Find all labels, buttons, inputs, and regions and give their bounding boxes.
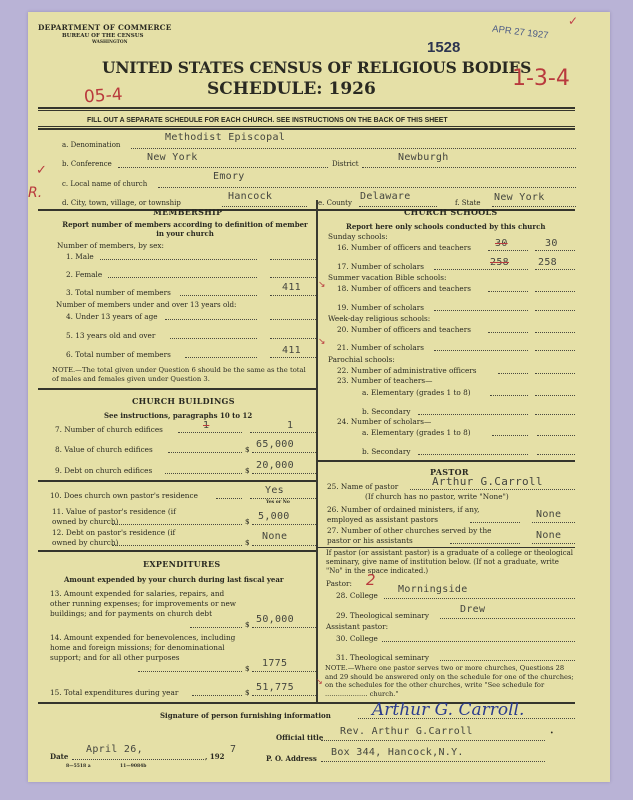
q23b-label: b. Secondary: [362, 407, 410, 416]
parochial-schools-label: Parochial schools:: [328, 355, 395, 364]
field-line: [252, 627, 316, 628]
q15-field[interactable]: 51,775: [256, 682, 294, 693]
field-line: [270, 295, 316, 296]
q22-label: 22. Number of administrative officers: [337, 366, 477, 375]
field-line: [535, 332, 575, 333]
field-line: [535, 250, 575, 251]
field-line: [535, 414, 575, 415]
field-line: [532, 543, 575, 544]
field-line: [492, 435, 528, 436]
q17-struck-value: 258: [490, 257, 509, 268]
county-field[interactable]: Delaware: [360, 191, 411, 202]
field-line: [252, 695, 316, 696]
q7-field[interactable]: 1: [287, 420, 293, 431]
divider: [38, 107, 575, 109]
field-line: [532, 522, 575, 523]
conference-field[interactable]: New York: [147, 152, 198, 163]
expenditures-title: EXPENDITURES: [143, 559, 220, 569]
q29-field[interactable]: Drew: [460, 604, 485, 615]
q25-label: 25. Name of pastor: [327, 482, 398, 491]
local-name-label: c. Local name of church: [62, 180, 147, 188]
assistant-pastor-label: Assistant pastor:: [326, 622, 388, 631]
bureau-label: BUREAU OF THE CENSUS: [62, 33, 144, 39]
field-line: [440, 660, 575, 661]
year-prefix: , 192: [205, 752, 225, 761]
field-line: [450, 543, 520, 544]
check-mark-icon: ✓: [568, 14, 578, 28]
q2-label: 2. Female: [66, 270, 102, 279]
official-title-field[interactable]: Rev. Arthur G.Carroll: [340, 726, 473, 737]
expenditures-subtitle: Amount expended by your church during la…: [64, 575, 284, 584]
field-line: [490, 395, 528, 396]
field-line: [118, 167, 328, 168]
arrow-mark-icon: ↘: [318, 280, 326, 290]
page-title: UNITED STATES CENSUS OF RELIGIOUS BODIES: [102, 58, 531, 77]
q3-label: 3. Total number of members: [66, 288, 171, 297]
pastor-sublabel: Pastor:: [326, 579, 352, 588]
field-line: [535, 310, 575, 311]
church-buildings-title: CHURCH BUILDINGS: [132, 396, 235, 406]
field-line: [382, 641, 575, 642]
divider: [38, 110, 575, 111]
q9-label: 9. Debt on church edifices: [55, 466, 152, 475]
field-line: [165, 319, 257, 320]
q11-currency: $: [245, 517, 250, 526]
form-code-1: 8—5518 a: [66, 764, 91, 769]
field-line: [270, 338, 316, 339]
q24-label: 24. Number of scholars—: [337, 417, 431, 426]
field-line: [535, 269, 575, 270]
city-town-label: d. City, town, village, or township: [62, 199, 181, 207]
field-line: [112, 524, 242, 525]
field-line: [270, 259, 316, 260]
field-line: [100, 259, 257, 260]
q20-label: 20. Number of officers and teachers: [337, 325, 471, 334]
field-line: [537, 435, 575, 436]
handwritten-code-right: 1-3-4: [512, 66, 570, 91]
field-line: [535, 350, 575, 351]
q10-field[interactable]: Yes: [265, 485, 284, 496]
membership-subtitle: Report number of members according to de…: [60, 220, 310, 238]
field-line: [252, 524, 316, 525]
denomination-field[interactable]: Methodist Episcopal: [165, 132, 285, 143]
members-by-age-label: Number of members under and over 13 year…: [56, 300, 236, 309]
field-line: [138, 671, 242, 672]
official-title-label: Official title: [276, 733, 323, 742]
q13-currency: $: [245, 620, 250, 629]
field-line: [321, 740, 545, 741]
q14-currency: $: [245, 664, 250, 673]
field-line: [178, 432, 242, 433]
field-line: [488, 291, 528, 292]
field-line: [321, 761, 545, 762]
date-label: Date: [50, 752, 68, 761]
date-field[interactable]: April 26,: [86, 744, 143, 755]
field-line: [270, 319, 316, 320]
q17-label: 17. Number of scholars: [337, 262, 424, 271]
weekday-schools-label: Week-day religious schools:: [328, 314, 430, 323]
q19-label: 19. Number of scholars: [337, 303, 424, 312]
church-schools-title: CHURCH SCHOOLS: [404, 207, 498, 217]
field-line: [440, 618, 575, 619]
q12-field[interactable]: None: [262, 531, 287, 542]
instructions-banner: FILL OUT A SEPARATE SCHEDULE FOR EACH CH…: [87, 115, 448, 124]
q15-label: 15. Total expenditures during year: [50, 688, 178, 697]
q8-field[interactable]: 65,000: [256, 439, 294, 450]
graduate-instructions: If pastor (or assistant pastor) is a gra…: [326, 549, 576, 576]
q28-label: 28. College: [336, 591, 378, 600]
q21-label: 21. Number of scholars: [337, 343, 424, 352]
q18-label: 18. Number of officers and teachers: [337, 284, 471, 293]
q4-label: 4. Under 13 years of age: [66, 312, 158, 321]
field-line: [270, 357, 316, 358]
q24a-label: a. Elementary (grades 1 to 8): [362, 428, 471, 437]
q16-field[interactable]: 30: [545, 238, 558, 249]
divider: [38, 126, 575, 127]
po-address-field[interactable]: Box 344, Hancock,N.Y.: [331, 747, 464, 758]
form-code-2: 11—9084b: [120, 764, 146, 769]
q28-field[interactable]: Morningside: [398, 584, 468, 595]
q7-struck-value: 1: [203, 420, 209, 431]
q8-label: 8. Value of church edifices: [55, 445, 153, 454]
q27-field[interactable]: None: [536, 530, 561, 541]
q12-currency: $: [245, 538, 250, 547]
field-line: [270, 277, 316, 278]
q24b-label: b. Secondary: [362, 447, 410, 456]
field-line: [185, 357, 257, 358]
membership-title: MEMBERSHIP: [153, 207, 222, 217]
field-line: [158, 187, 576, 188]
q9-field[interactable]: 20,000: [256, 460, 294, 471]
q16-label: 16. Number of officers and teachers: [337, 243, 471, 252]
field-line: [250, 498, 316, 499]
q30-label: 30. College: [336, 634, 378, 643]
q1-label: 1. Male: [66, 252, 94, 261]
city-town-field[interactable]: Hancock: [228, 191, 272, 202]
q31-label: 31. Theological seminary: [336, 653, 429, 662]
field-line: [252, 671, 316, 672]
summer-schools-label: Summer vacation Bible schools:: [328, 273, 446, 282]
field-line: [535, 291, 575, 292]
county-label: e. County: [318, 199, 352, 207]
local-name-field[interactable]: Emory: [213, 171, 245, 182]
margin-r-mark: R.: [28, 185, 42, 201]
divider: [38, 480, 316, 482]
pastor-note: NOTE.—Where one pastor serves two or mor…: [325, 664, 577, 698]
field-line: [250, 432, 316, 433]
field-line: [434, 350, 528, 351]
field-line: [362, 167, 576, 168]
q8-currency: $: [245, 445, 250, 454]
q29-label: 29. Theological seminary: [336, 611, 429, 620]
po-address-label: P. O. Address: [266, 754, 317, 763]
members-by-sex-label: Number of members, by sex:: [57, 241, 164, 250]
district-label: District: [332, 160, 359, 168]
divider: [317, 460, 575, 462]
q15-currency: $: [245, 688, 250, 697]
field-line: [112, 545, 242, 546]
signature-field[interactable]: Arthur G. Carroll.: [372, 700, 524, 720]
membership-note: NOTE.—The total given under Question 6 s…: [52, 366, 314, 384]
stamp-number: 1528: [427, 39, 460, 56]
q13-field[interactable]: 50,000: [256, 614, 294, 625]
q25-field[interactable]: Arthur G.Carroll: [432, 475, 543, 488]
q9-currency: $: [245, 466, 250, 475]
field-line: [222, 206, 307, 207]
q14-field[interactable]: 1775: [262, 658, 287, 669]
field-line: [384, 598, 575, 599]
q23-label: 23. Number of teachers—: [337, 376, 432, 385]
signature-label: Signature of person furnishing informati…: [160, 711, 331, 720]
field-line: [488, 250, 528, 251]
field-line: [72, 759, 204, 760]
field-line: [418, 454, 528, 455]
field-line: [418, 414, 528, 415]
q3-field[interactable]: 411: [282, 282, 301, 293]
field-line: [410, 489, 575, 490]
column-divider: [316, 200, 318, 703]
field-line: [488, 332, 528, 333]
q10-hint: Yes or No: [266, 500, 290, 505]
department-label: DEPARTMENT OF COMMERCE: [38, 23, 172, 32]
q25-hint: (If church has no pastor, write "None"): [365, 492, 509, 501]
field-line: [252, 452, 316, 453]
field-line: [131, 148, 576, 149]
q13-label: 13. Amount expended for salaries, repair…: [50, 589, 240, 619]
divider: [38, 128, 575, 130]
page-subtitle: SCHEDULE: 1926: [207, 79, 376, 99]
field-line: [434, 269, 528, 270]
field-line: [108, 277, 257, 278]
church-schools-subtitle: Report here only schools conducted by th…: [346, 222, 545, 231]
q7-label: 7. Number of church edifices: [55, 425, 163, 434]
q10-label: 10. Does church own pastor's residence: [50, 491, 198, 500]
conference-label: b. Conference: [62, 160, 112, 168]
field-line: [170, 338, 257, 339]
state-label: f. State: [455, 199, 481, 207]
margin-check-icon: ✓: [36, 163, 47, 178]
field-line: [535, 373, 575, 374]
divider: [38, 550, 316, 552]
field-line: [216, 498, 242, 499]
district-field[interactable]: Newburgh: [398, 152, 449, 163]
field-line: [168, 452, 242, 453]
q23a-label: a. Elementary (grades 1 to 8): [362, 388, 471, 397]
divider: [38, 388, 316, 390]
field-line: [190, 627, 242, 628]
field-line: [434, 310, 528, 311]
q17-field[interactable]: 258: [538, 257, 557, 268]
handwritten-code-left: 05-4: [83, 85, 123, 108]
handwritten-pastor-mark: 2: [366, 571, 376, 589]
q11-field[interactable]: 5,000: [258, 511, 290, 522]
field-line: [180, 295, 257, 296]
state-field[interactable]: New York: [494, 192, 545, 203]
field-line: [252, 545, 316, 546]
field-line: [535, 395, 575, 396]
field-line: [492, 206, 576, 207]
q26-field[interactable]: None: [536, 509, 561, 520]
church-buildings-subtitle: See instructions, paragraphs 10 to 12: [104, 411, 252, 420]
divider: [317, 547, 575, 548]
field-line: [192, 695, 242, 696]
arrow-mark-icon: ↘: [318, 337, 326, 347]
field-line: [252, 473, 316, 474]
field-line: [165, 473, 242, 474]
city-label: WASHINGTON: [92, 40, 128, 45]
dot-mark: •: [550, 730, 554, 737]
year-field[interactable]: 7: [230, 744, 236, 755]
denomination-label: a. Denomination: [62, 141, 120, 149]
q16-struck-value: 30: [495, 238, 508, 249]
q5-label: 5. 13 years old and over: [66, 331, 155, 340]
arrow-mark-icon: ↘: [316, 677, 323, 686]
q6-label: 6. Total number of members: [66, 350, 171, 359]
sunday-schools-label: Sunday schools:: [328, 232, 388, 241]
q14-label: 14. Amount expended for benevolences, in…: [50, 633, 240, 663]
field-line: [537, 454, 575, 455]
q6-field[interactable]: 411: [282, 345, 301, 356]
field-line: [498, 373, 528, 374]
field-line: [470, 522, 520, 523]
